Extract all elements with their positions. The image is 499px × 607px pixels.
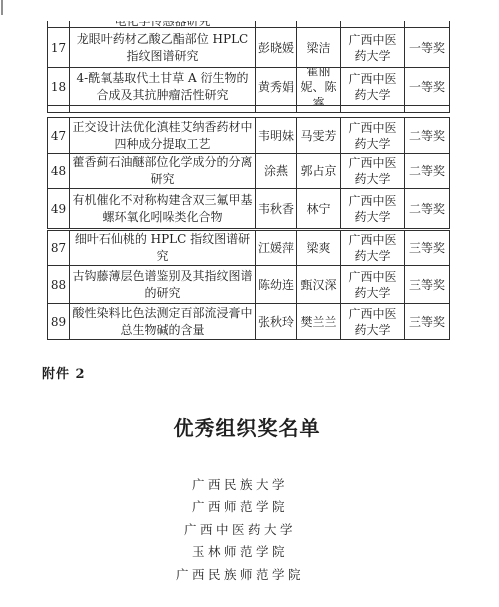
clipped-table-row: [48, 106, 449, 112]
university-cell: 广西中医药大学: [341, 118, 405, 153]
advisor-cell: 林宁: [297, 189, 341, 228]
author-cell: 韦秋香: [256, 189, 297, 228]
clipped-table-row: 电化学传感器研究: [48, 21, 449, 28]
row-number-cell: 88: [48, 266, 70, 303]
university-list-item: 广西民族大学: [0, 474, 480, 496]
author-cell: 陈幼连: [256, 266, 297, 303]
project-title-cell: 藿香蓟石油醚部位化学成分的分离研究: [70, 154, 256, 188]
table-row: 89 酸性染料比色法测定百部流浸膏中总生物碱的含量 张秋玲 樊兰兰 广西中医药大…: [48, 304, 449, 339]
author-cell: 涂燕: [256, 154, 297, 188]
org-award-university-list: 广西民族大学 广西师范学院 广西中医药大学 玉林师范学院 广西民族师范学院: [0, 474, 480, 586]
table-row: 18 4-酰氧基取代土甘草 A 衍生物的合成及其抗肿瘤活性研究 黄秀娟 霍丽妮、…: [48, 68, 449, 106]
row-number-cell: [48, 106, 70, 112]
author-cell: 黄秀娟: [256, 68, 297, 105]
table-row: 47 正交设计法优化滇桂艾纳香药材中四种成分提取工艺 韦明妹 马雯芳 广西中医药…: [48, 118, 449, 154]
university-list-item: 广西中医药大学: [0, 519, 480, 541]
advisor-cell: 樊兰兰: [297, 304, 341, 339]
row-number-cell: 17: [48, 28, 70, 67]
university-cell: 广西中医药大学: [341, 189, 405, 228]
project-title-cell: 正交设计法优化滇桂艾纳香药材中四种成分提取工艺: [70, 118, 256, 153]
table-row: 49 有机催化不对称构建含双三氟甲基螺环氧化吲哚类化合物 韦秋香 林宁 广西中医…: [48, 189, 449, 228]
project-title-cell: 4-酰氧基取代土甘草 A 衍生物的合成及其抗肿瘤活性研究: [70, 68, 256, 105]
row-number-cell: 89: [48, 304, 70, 339]
advisor-cell: 霍丽妮、陈睿: [297, 68, 341, 105]
university-cell: [341, 106, 405, 112]
award-level-cell: 二等奖: [405, 154, 449, 188]
award-level-cell: 二等奖: [405, 118, 449, 153]
row-number-cell: 49: [48, 189, 70, 228]
author-cell: [256, 21, 297, 27]
project-title-cell: [70, 106, 256, 112]
university-cell: 广西中医药大学: [341, 266, 405, 303]
scanned-document-page: 电化学传感器研究 17 龙眼叶药材乙酸乙酯部位 HPLC 指纹图谱研究 彭晓媛 …: [0, 0, 499, 607]
award-level-cell: 三等奖: [405, 304, 449, 339]
award-level-cell: [405, 21, 449, 27]
advisor-cell: 马雯芳: [297, 118, 341, 153]
advisor-cell: 甄汉深: [297, 266, 341, 303]
award-table-third-prize-block: 87 细叶石仙桃的 HPLC 指纹图谱研究 江媛萍 梁爽 广西中医药大学 三等奖…: [47, 230, 450, 340]
table-rows-group: 17 龙眼叶药材乙酸乙酯部位 HPLC 指纹图谱研究 彭晓媛 梁洁 广西中医药大…: [48, 28, 449, 106]
attachment-label: 附件 2: [42, 363, 86, 382]
advisor-cell: [297, 106, 341, 112]
advisor-cell: [297, 21, 341, 27]
award-level-cell: 一等奖: [405, 28, 449, 67]
university-cell: 广西中医药大学: [341, 28, 405, 67]
table-row: 88 古钩藤薄层色谱鉴别及其指纹图谱的研究 陈幼连 甄汉深 广西中医药大学 三等…: [48, 266, 449, 304]
award-level-cell: 二等奖: [405, 189, 449, 228]
project-title-cell: 有机催化不对称构建含双三氟甲基螺环氧化吲哚类化合物: [70, 189, 256, 228]
award-level-cell: [405, 106, 449, 112]
row-number-cell: 87: [48, 231, 70, 265]
university-cell: 广西中医药大学: [341, 231, 405, 265]
university-cell: 广西中医药大学: [341, 304, 405, 339]
project-title-cell: 细叶石仙桃的 HPLC 指纹图谱研究: [70, 231, 256, 265]
university-list-item: 广西民族师范学院: [0, 564, 480, 586]
award-level-cell: 三等奖: [405, 231, 449, 265]
university-list-item: 玉林师范学院: [0, 541, 480, 563]
project-title-cell: 酸性染料比色法测定百部流浸膏中总生物碱的含量: [70, 304, 256, 339]
author-cell: 江媛萍: [256, 231, 297, 265]
advisor-cell: 梁爽: [297, 231, 341, 265]
project-title-cell: 古钩藤薄层色谱鉴别及其指纹图谱的研究: [70, 266, 256, 303]
award-level-cell: 一等奖: [405, 68, 449, 105]
university-cell: 广西中医药大学: [341, 68, 405, 105]
advisor-cell: 郭占京: [297, 154, 341, 188]
author-cell: [256, 106, 297, 112]
advisor-cell: 梁洁: [297, 28, 341, 67]
row-number-cell: [48, 21, 70, 27]
table-rows-group: 47 正交设计法优化滇桂艾纳香药材中四种成分提取工艺 韦明妹 马雯芳 广西中医药…: [48, 118, 449, 228]
table-row: 87 细叶石仙桃的 HPLC 指纹图谱研究 江媛萍 梁爽 广西中医药大学 三等奖: [48, 231, 449, 266]
award-table-second-prize-block: 47 正交设计法优化滇桂艾纳香药材中四种成分提取工艺 韦明妹 马雯芳 广西中医药…: [47, 117, 450, 229]
clipped-title-text: 电化学传感器研究: [114, 21, 210, 27]
table-rows-group: 87 细叶石仙桃的 HPLC 指纹图谱研究 江媛萍 梁爽 广西中医药大学 三等奖…: [48, 231, 449, 339]
award-table-first-prize-block: 电化学传感器研究 17 龙眼叶药材乙酸乙酯部位 HPLC 指纹图谱研究 彭晓媛 …: [47, 21, 450, 113]
org-award-title: 优秀组织奖名单: [0, 412, 494, 441]
table-row: 17 龙眼叶药材乙酸乙酯部位 HPLC 指纹图谱研究 彭晓媛 梁洁 广西中医药大…: [48, 28, 449, 68]
row-number-cell: 48: [48, 154, 70, 188]
author-cell: 张秋玲: [256, 304, 297, 339]
award-level-cell: 三等奖: [405, 266, 449, 303]
table-row: 48 藿香蓟石油醚部位化学成分的分离研究 涂燕 郭占京 广西中医药大学 二等奖: [48, 154, 449, 189]
project-title-cell: 电化学传感器研究: [70, 21, 256, 27]
project-title-cell: 龙眼叶药材乙酸乙酯部位 HPLC 指纹图谱研究: [70, 28, 256, 67]
author-cell: 韦明妹: [256, 118, 297, 153]
row-number-cell: 18: [48, 68, 70, 105]
scan-artifact-mark: [1, 0, 3, 15]
row-number-cell: 47: [48, 118, 70, 153]
university-list-item: 广西师范学院: [0, 496, 480, 518]
author-cell: 彭晓媛: [256, 28, 297, 67]
university-cell: [341, 21, 405, 27]
university-cell: 广西中医药大学: [341, 154, 405, 188]
